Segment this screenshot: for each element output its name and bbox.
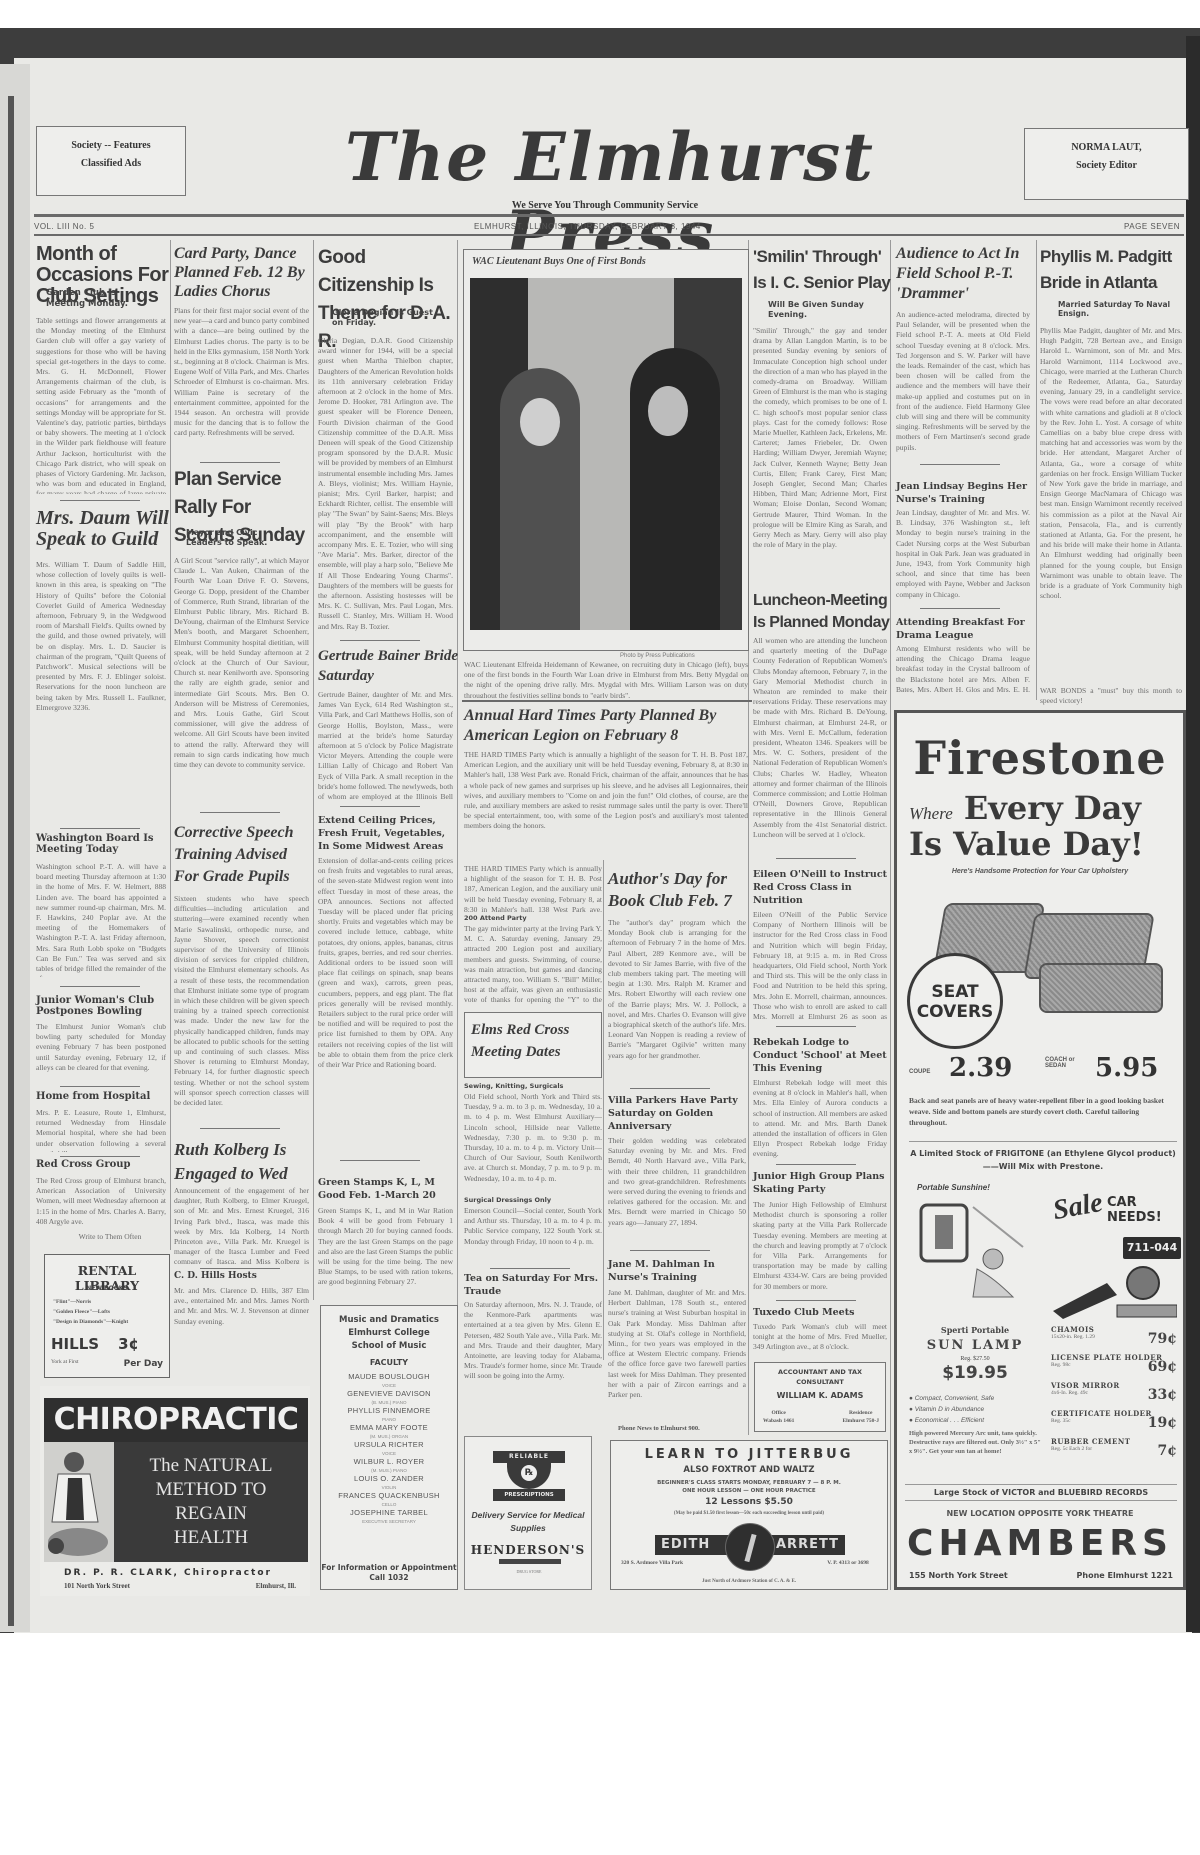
badge-line: COVERS — [910, 1002, 1000, 1022]
dancer-icon — [744, 1534, 756, 1562]
article-body: The Junior High Fellowship of Elmhurst M… — [753, 1200, 887, 1296]
article-divider — [776, 858, 856, 859]
article-body: Phyllis Mae Padgitt, daughter of Mr. and… — [1040, 326, 1182, 682]
dancer-emblem-icon — [725, 1523, 775, 1571]
studio-address: 320 S. Ardmore Villa Park — [621, 1559, 691, 1567]
faculty-name: FRANCES QUACKENBUSH — [321, 1491, 457, 1501]
war-bonds-note: WAR BONDS a "must" buy this month to spe… — [1040, 686, 1182, 706]
masthead-rule — [34, 214, 1184, 217]
headline-extend-ceiling: Extend Ceiling Prices, Fresh Fruit, Vege… — [318, 814, 458, 853]
heading-line: Elmhurst College — [321, 1327, 457, 1340]
volume-number: VOL. LIII No. 5 — [34, 222, 94, 231]
new-location: NEW LOCATION OPPOSITE YORK THEATRE — [897, 1509, 1183, 1518]
photo-wac-bond — [470, 278, 742, 630]
faculty-name: JOSEPHINE TARBEL — [321, 1508, 457, 1518]
article-divider — [776, 1164, 856, 1165]
article-body: Sixteen students who have speech difficu… — [174, 894, 309, 1114]
article-body: Emerson Council—Social center, South Yor… — [464, 1206, 602, 1262]
headline-authors-day: Author's Day for Book Club Feb. 7 — [608, 868, 748, 912]
article-body: Mrs. P. E. Leasure, Route 1, Elmhurst, r… — [36, 1108, 166, 1152]
rental-price: 3¢ — [118, 1335, 139, 1353]
article-body: An audience-acted melodrama, directed by… — [896, 310, 1030, 460]
new-books-label: NEW BOOKS — [45, 1285, 169, 1292]
headline-green-stamps: Green Stamps K, L, M Good Feb. 1-March 2… — [318, 1176, 458, 1202]
store-name: HILLS — [51, 1335, 99, 1353]
binding-edge — [8, 96, 14, 1626]
drug-store-bar — [499, 1559, 561, 1564]
book-item: "Golden Fleece"—Lofts — [53, 1307, 167, 1317]
page-number: PAGE SEVEN — [1124, 222, 1180, 231]
rental-library-ad: RENTAL LIBRARY NEW BOOKS "Flint"—Norris … — [44, 1254, 170, 1378]
headline-hard-times: Annual Hard Times Party Planned By Ameri… — [464, 706, 750, 746]
deck-padgitt: Married Saturday To Naval Ensign. — [1058, 300, 1178, 319]
faculty-label: FACULTY — [321, 1358, 457, 1367]
accessory-item: RUBBER CEMENT Reg. 5c Each 2 for 7¢ — [1051, 1437, 1179, 1465]
accessory-price: 19¢ — [1148, 1415, 1177, 1431]
store-address: York at First — [51, 1359, 79, 1365]
headline-rebekah: Rebekah Lodge to Conduct 'School' at Mee… — [753, 1036, 891, 1075]
every-day: Every Day — [964, 789, 1141, 827]
music-contact: For Information or Appointment Call 1032 — [321, 1563, 457, 1583]
article-body: Old Field school, North York and Third s… — [464, 1092, 602, 1192]
lamp-features: ● Compact, Convenient, Safe ● Vitamin D … — [909, 1393, 1041, 1426]
motto: We Serve You Through Community Service — [440, 200, 770, 211]
accessory-list: CHAMOIS 15x20-in. Reg. 1.29 79¢ LICENSE … — [1051, 1325, 1179, 1465]
jitterbug-title: LEARN TO JITTERBUG — [611, 1447, 887, 1462]
faculty-list: MAUDE BOUSLOUGH VOICE GENEVIEVE DAVISON … — [321, 1372, 457, 1525]
faculty-role: PIANO — [321, 1416, 457, 1423]
lamp-regular-price: Reg. $27.50 — [909, 1356, 1041, 1362]
headline-gertrude-bainer: Gertrude Bainer Bride Saturday — [318, 646, 458, 686]
sun-lamp-product: Sperti Portable SUN LAMP Reg. $27.50 $19… — [909, 1325, 1041, 1383]
article-body: Plans for their first major social event… — [174, 306, 309, 456]
price-row: COUPE 2.39 COACH or SEDAN 5.95 — [909, 1051, 1177, 1091]
article-body: Green Stamps K, L, and M in War Ration B… — [318, 1206, 453, 1290]
accessory-price: 79¢ — [1148, 1331, 1177, 1347]
article-body: Gloria Degian, D.A.R. Good Citizenship a… — [318, 336, 453, 636]
article-body: Jean Lindsay, daughter of Mr. and Mrs. W… — [896, 508, 1030, 600]
subhead-sewing: Sewing, Knitting, Surgicals — [464, 1082, 563, 1090]
class-schedule: BEGINNER'S CLASS STARTS MONDAY, FEBRUARY… — [611, 1479, 887, 1495]
license-plate-icon: 711-044 — [1123, 1237, 1181, 1259]
accountant-name: WILLIAM K. ADAMS — [755, 1391, 885, 1400]
headline-red-cross-group: Red Cross Group — [36, 1160, 170, 1171]
article-body: All women who are attending the luncheon… — [753, 636, 887, 852]
chiropractic-banner: CHIROPRACTIC — [44, 1398, 308, 1442]
article-divider — [630, 1250, 710, 1251]
photo-box: WAC Lieutenant Buys One of First Bonds — [463, 249, 749, 651]
article-body: Eileen O'Neill of the Public Service Com… — [753, 910, 887, 1020]
faculty-role: VOICE — [321, 1450, 457, 1457]
doctor-name: DR. P. R. CLARK, Chiropractor — [64, 1568, 272, 1578]
chiropractic-message: The NATURAL METHOD TO REGAIN HEALTH — [114, 1442, 308, 1562]
book-list: "Flint"—Norris "Golden Fleece"—Lofts "De… — [53, 1297, 167, 1327]
faculty-name: WILBUR L. ROYER — [321, 1457, 457, 1467]
heading-line: School of Music — [321, 1340, 457, 1353]
headline-washington-board: Washington Board Is Meeting Today — [36, 834, 170, 855]
drug-store-label: DRUG STORE — [471, 1569, 587, 1574]
subhead-surgical: Surgical Dressings Only — [464, 1196, 551, 1204]
headline-ruth-kolberg: Ruth Kolberg Is Engaged to Wed — [174, 1138, 314, 1186]
photo-title: WAC Lieutenant Buys One of First Bonds — [472, 256, 646, 267]
lamp-description: High powered Mercury Arc unit, tans quic… — [909, 1429, 1041, 1456]
article-body: The "author's day" program which the Mon… — [608, 918, 746, 1080]
article-divider — [776, 1300, 856, 1301]
music-heading: Music and Dramatics Elmhurst College Sch… — [321, 1314, 457, 1353]
office-number: Wabash 1461 — [763, 1417, 794, 1425]
article-body: Washington school P.-T. A. will have a b… — [36, 862, 166, 977]
faculty-name: MAUDE BOUSLOUGH — [321, 1372, 457, 1382]
article-divider — [60, 828, 140, 829]
studio-directions: Just North of Ardmore Station of C. A. &… — [611, 1579, 887, 1584]
ear-left-line: Classified Ads — [37, 155, 185, 173]
doctor-address: 101 North York Street — [64, 1582, 130, 1590]
coupe-price: 2.39 — [949, 1053, 1012, 1083]
message-line: The NATURAL — [114, 1454, 308, 1478]
portable-sunshine: Portable Sunshine! — [917, 1183, 990, 1192]
article-body: Jane M. Dahlman, daughter of Mr. and Mrs… — [608, 1288, 746, 1406]
lamp-feature: ● Compact, Convenient, Safe — [909, 1393, 1041, 1404]
faculty-role: VOICE — [321, 1382, 457, 1389]
chambers-phone: Phone Elmhurst 1221 — [1077, 1571, 1173, 1580]
article-divider — [60, 1086, 140, 1087]
music-school-ad: Music and Dramatics Elmhurst College Sch… — [320, 1305, 458, 1590]
accessory-item: VISOR MIRROR 4x6-In. Reg. 49c 33¢ — [1051, 1381, 1179, 1409]
photo-credit: Photo by Press Publications — [620, 653, 695, 659]
chiropractor-illustration-icon — [44, 1442, 114, 1562]
prescriptions-label: PRESCRIPTIONS — [493, 1489, 565, 1501]
accountant-title: ACCOUNTANT AND TAX CONSULTANT — [755, 1367, 885, 1387]
headline-padgitt: Phyllis M. Padgitt Bride in Atlanta — [1040, 244, 1186, 296]
accessory-price: 33¢ — [1148, 1387, 1177, 1403]
residence-phone: Residence Elmhurst 750-J — [842, 1409, 879, 1425]
headline-luncheon: Luncheon-Meeting Is Planned Monday — [753, 590, 891, 634]
article-divider — [60, 500, 140, 501]
accessory-item: LICENSE PLATE HOLDER Reg. 98c 69¢ — [1051, 1353, 1179, 1381]
article-body: On Saturday afternoon, Mrs. N. J. Traude… — [464, 1300, 602, 1430]
reliable-label: RELIABLE — [493, 1451, 565, 1463]
caption-rule — [462, 700, 752, 702]
headline-corrective-speech: Corrective Speech Training Advised For G… — [174, 822, 314, 888]
column-rule — [603, 860, 604, 1360]
dateline-rule — [34, 234, 1184, 236]
headline-card-party: Card Party, Dance Planned Feb. 12 By Lad… — [174, 244, 314, 301]
date-line: ELMHURST, ILLINOIS, THURSDAY, FEBRUARY 3… — [474, 222, 701, 231]
ear-left-line: Society -- Features — [37, 137, 185, 155]
article-divider — [340, 640, 420, 641]
residence-label: Residence — [842, 1409, 879, 1417]
firestone-tagline-2: Is Value Day! — [909, 825, 1144, 863]
headline-home-hospital: Home from Hospital — [36, 1092, 170, 1103]
message-line: REGAIN — [114, 1502, 308, 1526]
lamp-name: SUN LAMP — [909, 1338, 1041, 1353]
heading-line: Music and Dramatics — [321, 1314, 457, 1327]
article-divider — [920, 608, 1000, 609]
headline-breakfast: Attending Breakfast For Drama League — [896, 616, 1036, 642]
page-spine — [0, 64, 30, 1632]
class-line: BEGINNER'S CLASS STARTS MONDAY, FEBRUARY… — [611, 1479, 887, 1487]
article-body: Extension of dollar-and-cents ceiling pr… — [318, 856, 453, 1114]
jitterbug-ad: LEARN TO JITTERBUG ALSO FOXTROT AND WALT… — [610, 1440, 888, 1590]
article-body: Gertrude Bainer, daughter of Mr. and Mrs… — [318, 690, 453, 802]
faculty-name: PHYLLIS FINNEMORE — [321, 1406, 457, 1416]
article-divider — [200, 812, 280, 813]
faculty-role: (M. MUS.) PIANO — [321, 1467, 457, 1474]
bottom-margin — [0, 1633, 1200, 1855]
headline-jean-lindsay: Jean Lindsay Begins Her Nurse's Training — [896, 480, 1036, 506]
ear-left: Society -- Features Classified Ads — [36, 126, 186, 196]
scan-edge — [1186, 36, 1200, 1632]
article-divider — [340, 806, 420, 807]
article-divider — [60, 986, 140, 987]
rx-icon: ℞ — [521, 1465, 537, 1481]
hendersons-ad: RELIABLE ℞ PRESCRIPTIONS Delivery Servic… — [464, 1436, 592, 1590]
chambers-store-name: CHAMBERS — [897, 1523, 1183, 1564]
office-label: Office — [763, 1409, 794, 1417]
faculty-role: EXECUTIVE SECRETARY — [321, 1518, 457, 1525]
headline-eileen-oneill: Eileen O'Neill to Instruct Red Cross Cla… — [753, 868, 891, 907]
hour-line: ONE HOUR LESSON — ONE HOUR PRACTICE — [611, 1487, 887, 1495]
sun-lamp-icon — [913, 1197, 1031, 1307]
feature-text: Vitamin D in Abundance — [915, 1406, 984, 1413]
article-body: Elmhurst Rebekah lodge will meet this ev… — [753, 1078, 887, 1160]
headline-audience-act-text: Audience to Act In Field School P.-T. 'D… — [896, 244, 1036, 304]
headline-tea-saturday: Tea on Saturday For Mrs. Traude — [464, 1272, 602, 1298]
payment-terms: (May be paid $1.50 first lesson—50c each… — [611, 1511, 887, 1516]
records-note: Large Stock of VICTOR and BLUEBIRD RECOR… — [905, 1484, 1177, 1501]
article-divider — [630, 1088, 710, 1089]
article-body: "Smilin' Through," the gay and tender dr… — [753, 326, 887, 594]
book-item: "Flint"—Norris — [53, 1297, 167, 1307]
delivery-service: Delivery Service for Medical Supplies — [465, 1509, 591, 1535]
deck-good-citizenship: Gloria Degian Is Guest on Friday. — [332, 308, 442, 328]
article-body: Table settings and flower arrangements a… — [36, 316, 166, 494]
book-item: "Design in Diamonds"—Knight — [53, 1317, 167, 1327]
chiropractic-ad: CHIROPRACTIC The NATURAL METHOD TO REGAI… — [40, 1386, 310, 1596]
faculty-role: VIOLIN — [321, 1484, 457, 1491]
headline-mrs-daum: Mrs. Daum Will Speak to Guild — [36, 508, 170, 550]
accountant-ad: ACCOUNTANT AND TAX CONSULTANT WILLIAM K.… — [754, 1362, 886, 1432]
faculty-name: LOUIS O. ZANDER — [321, 1474, 457, 1484]
studio-right: GARRETT — [764, 1535, 839, 1555]
firestone-chambers-ad: Firestone Where Every Day Is Value Day! … — [894, 710, 1186, 1590]
headline-smilin-through: 'Smilin' Through' Is I. C. Senior Play — [753, 244, 891, 296]
headline-junior-woman: Junior Woman's Club Postpones Bowling — [36, 996, 170, 1017]
photo-caption: WAC Lieutenant Elfreida Heidemann of Kew… — [464, 660, 748, 698]
column-rule — [890, 240, 891, 1590]
article-body: The Elmhurst Junior Woman's club bowling… — [36, 1022, 166, 1080]
faculty-name: URSULA RICHTER — [321, 1440, 457, 1450]
article-divider — [776, 1026, 856, 1027]
headline-cd-hills: C. D. Hills Hosts — [174, 1272, 314, 1281]
studio-left: EDITH — [661, 1535, 710, 1555]
studio-phone: V. P. 4313 or 3698 — [823, 1559, 873, 1567]
car-needs: CAR NEEDS! — [1107, 1195, 1183, 1225]
lamp-feature: ● Vitamin D in Abundance — [909, 1404, 1041, 1415]
subhead-200-attend: 200 Attend Party — [464, 914, 527, 922]
article-body: Among Elmhurst residents who will be att… — [896, 644, 1030, 696]
article-divider — [920, 464, 1000, 465]
badge-line: SEAT — [910, 982, 1000, 1002]
article-divider — [60, 1156, 140, 1157]
lamp-sale-price: $19.95 — [909, 1363, 1041, 1383]
feature-text: Economical . . . Efficient — [915, 1417, 984, 1424]
faculty-role: (M. MUS.) ORGAN — [321, 1433, 457, 1440]
office-phone: Office Wabash 1461 — [763, 1409, 794, 1425]
firestone-logo: Firestone — [897, 731, 1183, 785]
article-body: Mrs. William T. Daum of Saddle Hill, who… — [36, 560, 166, 720]
elms-red-cross-box: Elms Red Cross Meeting Dates — [464, 1012, 602, 1078]
lamp-feature: ● Economical . . . Efficient — [909, 1415, 1041, 1426]
accessory-item: CERTIFICATE HOLDER Reg. 35c 19¢ — [1051, 1409, 1179, 1437]
frigitone-note: A Limited Stock of FRIGITONE (an Ethylen… — [909, 1141, 1177, 1173]
lessons-price: 12 Lessons $5.50 — [611, 1497, 887, 1507]
faculty-name: GENEVIEVE DAVISON — [321, 1389, 457, 1399]
firestone-tagline-1: Where Every Day — [909, 789, 1141, 827]
residence-number: Elmhurst 750-J — [842, 1417, 879, 1425]
article-divider — [200, 1128, 280, 1129]
article-body: Tuxedo Park Woman's club will meet tonig… — [753, 1322, 887, 1358]
article-divider — [490, 1268, 570, 1269]
seat-cover-description: Back and seat panels are of heavy water-… — [909, 1095, 1177, 1128]
article-body: Mr. and Mrs. Clarence D. Hills, 387 Elm … — [174, 1286, 309, 1326]
ear-right-line: NORMA LAUT, — [1025, 139, 1188, 157]
deck-month-occasions: Garden Club Is Meeting Monday. — [46, 288, 156, 309]
where-word: Where — [909, 804, 953, 823]
faculty-role: (B. MUS.) PIANO — [321, 1399, 457, 1406]
column-rule — [1036, 240, 1037, 700]
article-divider — [200, 462, 280, 463]
ear-right-line: Society Editor — [1025, 157, 1188, 175]
feature-text: Compact, Convenient, Safe — [915, 1395, 995, 1402]
accessory-price: 7¢ — [1158, 1443, 1177, 1459]
chambers-address: 155 North York Street — [909, 1571, 1008, 1580]
per-day: Per Day — [124, 1359, 163, 1369]
headline-jane-dahlman: Jane M. Dahlman In Nurse's Training — [608, 1258, 748, 1284]
article-body: THE HARD TIMES Party which is annually a… — [464, 750, 748, 858]
phone-news: Phone News to Elmhurst 900. — [618, 1425, 700, 1432]
column-rule — [170, 240, 171, 1250]
firestone-subline: Here's Handsome Protection for Your Car … — [897, 868, 1183, 875]
article-body: The Red Cross group of Elmhurst branch, … — [36, 1176, 166, 1228]
article-body: Announcement of the engagement of her da… — [174, 1186, 309, 1264]
faculty-name: EMMA MARY FOOTE — [321, 1423, 457, 1433]
hendersons-name: HENDERSON'S — [465, 1543, 591, 1557]
write-note: Write to Them Often — [60, 1232, 160, 1242]
article-divider — [340, 1160, 420, 1161]
headline-junior-high: Junior High Group Plans Skating Party — [753, 1170, 891, 1196]
photo-face — [520, 398, 560, 446]
car-accessories-icon — [1047, 1261, 1177, 1319]
article-body: The gay midwinter party at the Irving Pa… — [464, 924, 602, 1008]
coach-label: COACH or SEDAN — [1045, 1057, 1089, 1069]
seat-cushion-icon — [1039, 963, 1163, 1013]
headline-elms-red-cross: Elms Red Cross Meeting Dates — [471, 1019, 599, 1063]
headline-villa-parkers: Villa Parkers Have Party Saturday on Gol… — [608, 1094, 748, 1133]
message-line: HEALTH — [114, 1526, 308, 1550]
deck-smilin-through: Will Be Given Sunday Evening. — [768, 300, 878, 320]
seat-covers-badge: SEAT COVERS — [907, 953, 1003, 1049]
article-body: A Girl Scout "service rally", at which M… — [174, 556, 309, 786]
accessory-price: 69¢ — [1148, 1359, 1177, 1375]
lamp-brand: Sperti Portable — [909, 1325, 1041, 1335]
article-body-continued: THE HARD TIMES Party which is annually a… — [464, 864, 602, 912]
photo-face — [648, 386, 688, 436]
article-divider — [200, 1268, 280, 1269]
coupe-label: COUPE — [909, 1069, 930, 1075]
top-margin — [0, 0, 1200, 28]
doctor-city: Elmhurst, Ill. — [256, 1582, 296, 1590]
also-foxtrot: ALSO FOXTROT AND WALTZ — [611, 1465, 887, 1475]
deck-plan-service: Mayor and Civic Leaders to Speak. — [186, 528, 296, 548]
headline-tuxedo: Tuxedo Club Meets — [753, 1306, 891, 1319]
faculty-role: CELLO — [321, 1501, 457, 1508]
message-line: METHOD TO — [114, 1478, 308, 1502]
sale-word: Sale — [1051, 1187, 1106, 1227]
coach-price: 5.95 — [1095, 1053, 1158, 1083]
article-body: Their golden wedding was celebrated Satu… — [608, 1136, 746, 1236]
ear-right: NORMA LAUT, Society Editor — [1024, 128, 1189, 200]
accessory-item: CHAMOIS 15x20-in. Reg. 1.29 79¢ — [1051, 1325, 1179, 1353]
